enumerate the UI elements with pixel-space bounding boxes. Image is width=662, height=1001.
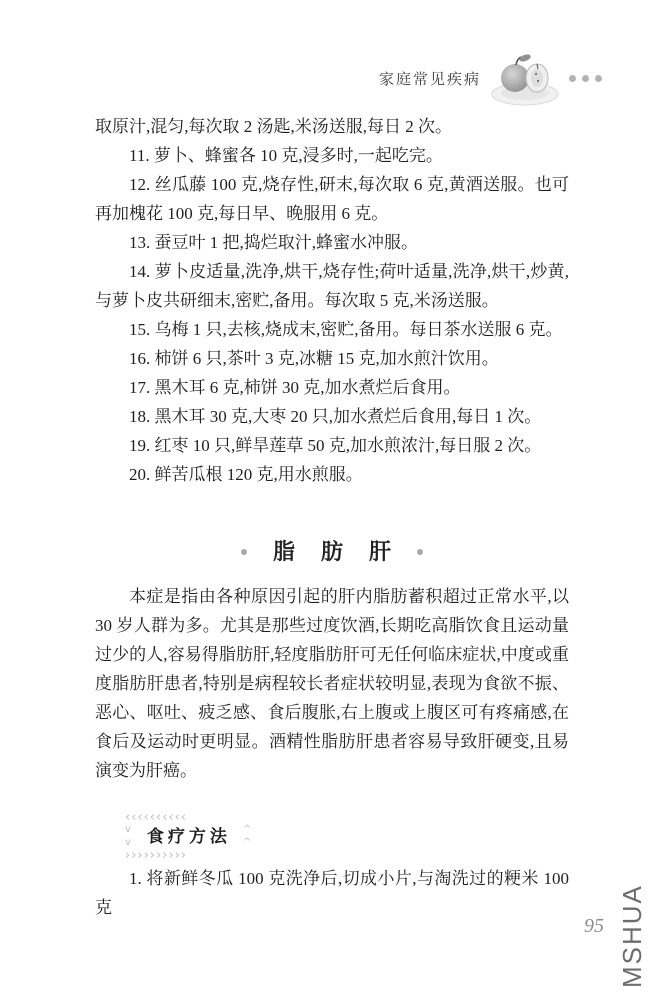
remedy-item-15: 15. 乌梅 1 只,去核,烧成末,密贮,备用。每日茶水送服 6 克。 <box>95 315 569 344</box>
ellipsis-dots <box>569 75 602 82</box>
remedy-item-19: 19. 红枣 10 只,鲜旱莲草 50 克,加水煎浓汁,每日服 2 次。 <box>95 431 569 460</box>
remedy-item-18: 18. 黑木耳 30 克,大枣 20 只,加水煮烂后食用,每日 1 次。 <box>95 402 569 431</box>
remedy-item-16: 16. 柿饼 6 只,茶叶 3 克,冰糖 15 克,加水煎汁饮用。 <box>95 344 569 373</box>
remedy-item-13: 13. 蚕豆叶 1 把,捣烂取汁,蜂蜜水冲服。 <box>95 228 569 257</box>
text-column: 取原汁,混匀,每次取 2 汤匙,米汤送服,每日 2 次。 11. 萝卜、蜂蜜各 … <box>95 112 569 922</box>
remedy-item-14: 14. 萝卜皮适量,洗净,烘干,烧存性;荷叶适量,洗净,烘干,炒黄,与萝卜皮共研… <box>95 257 569 315</box>
remedy-item-12: 12. 丝瓜藤 100 克,烧存性,研末,每次取 6 克,黄酒送服。也可再加槐花… <box>95 170 569 228</box>
remedy-item-11: 11. 萝卜、蜂蜜各 10 克,浸多时,一起吃完。 <box>95 141 569 170</box>
page-number: 95 <box>584 915 604 938</box>
section-heading-fatty-liver: 脂肪肝 <box>95 537 569 566</box>
section-description: 本症是指由各种原因引起的肝内脂肪蓄积超过正常水平,以 30 岁人群为多。尤其是那… <box>95 582 569 785</box>
remedy-continuation-line: 取原汁,混匀,每次取 2 汤匙,米汤送服,每日 2 次。 <box>95 112 569 141</box>
edge-watermark-text: MSHUA <box>617 878 648 988</box>
dot-icon <box>595 75 602 82</box>
badge-label: 食疗方法 <box>131 822 243 851</box>
remedy-item-17: 17. 黑木耳 6 克,柿饼 30 克,加水煮烂后食用。 <box>95 373 569 402</box>
badge-border-top: ‹‹‹‹‹‹‹‹‹‹ <box>125 811 251 824</box>
dot-icon <box>582 75 589 82</box>
heading-dot-icon <box>241 549 247 555</box>
header-chapter-title: 家庭常见疾病 <box>379 68 481 89</box>
badge-border-right: ^ ^ <box>243 823 251 850</box>
section-title-text: 脂肪肝 <box>273 537 417 566</box>
remedy-item-20: 20. 鲜苦瓜根 120 克,用水煎服。 <box>95 460 569 489</box>
diet-method-badge: ‹‹‹‹‹‹‹‹‹‹ v v 食疗方法 ^ ^ ›››››››››› <box>125 809 251 864</box>
heading-dot-icon <box>417 549 423 555</box>
apple-plate-image <box>489 48 561 108</box>
diet-item-1: 1. 将新鲜冬瓜 100 克洗净后,切成小片,与淘洗过的粳米 100 克 <box>95 864 569 922</box>
badge-border-bottom: ›››››››››› <box>125 849 251 862</box>
page-header: 家庭常见疾病 <box>379 48 602 108</box>
book-page: 家庭常见疾病 取原 <box>0 0 662 1001</box>
dot-icon <box>569 75 576 82</box>
